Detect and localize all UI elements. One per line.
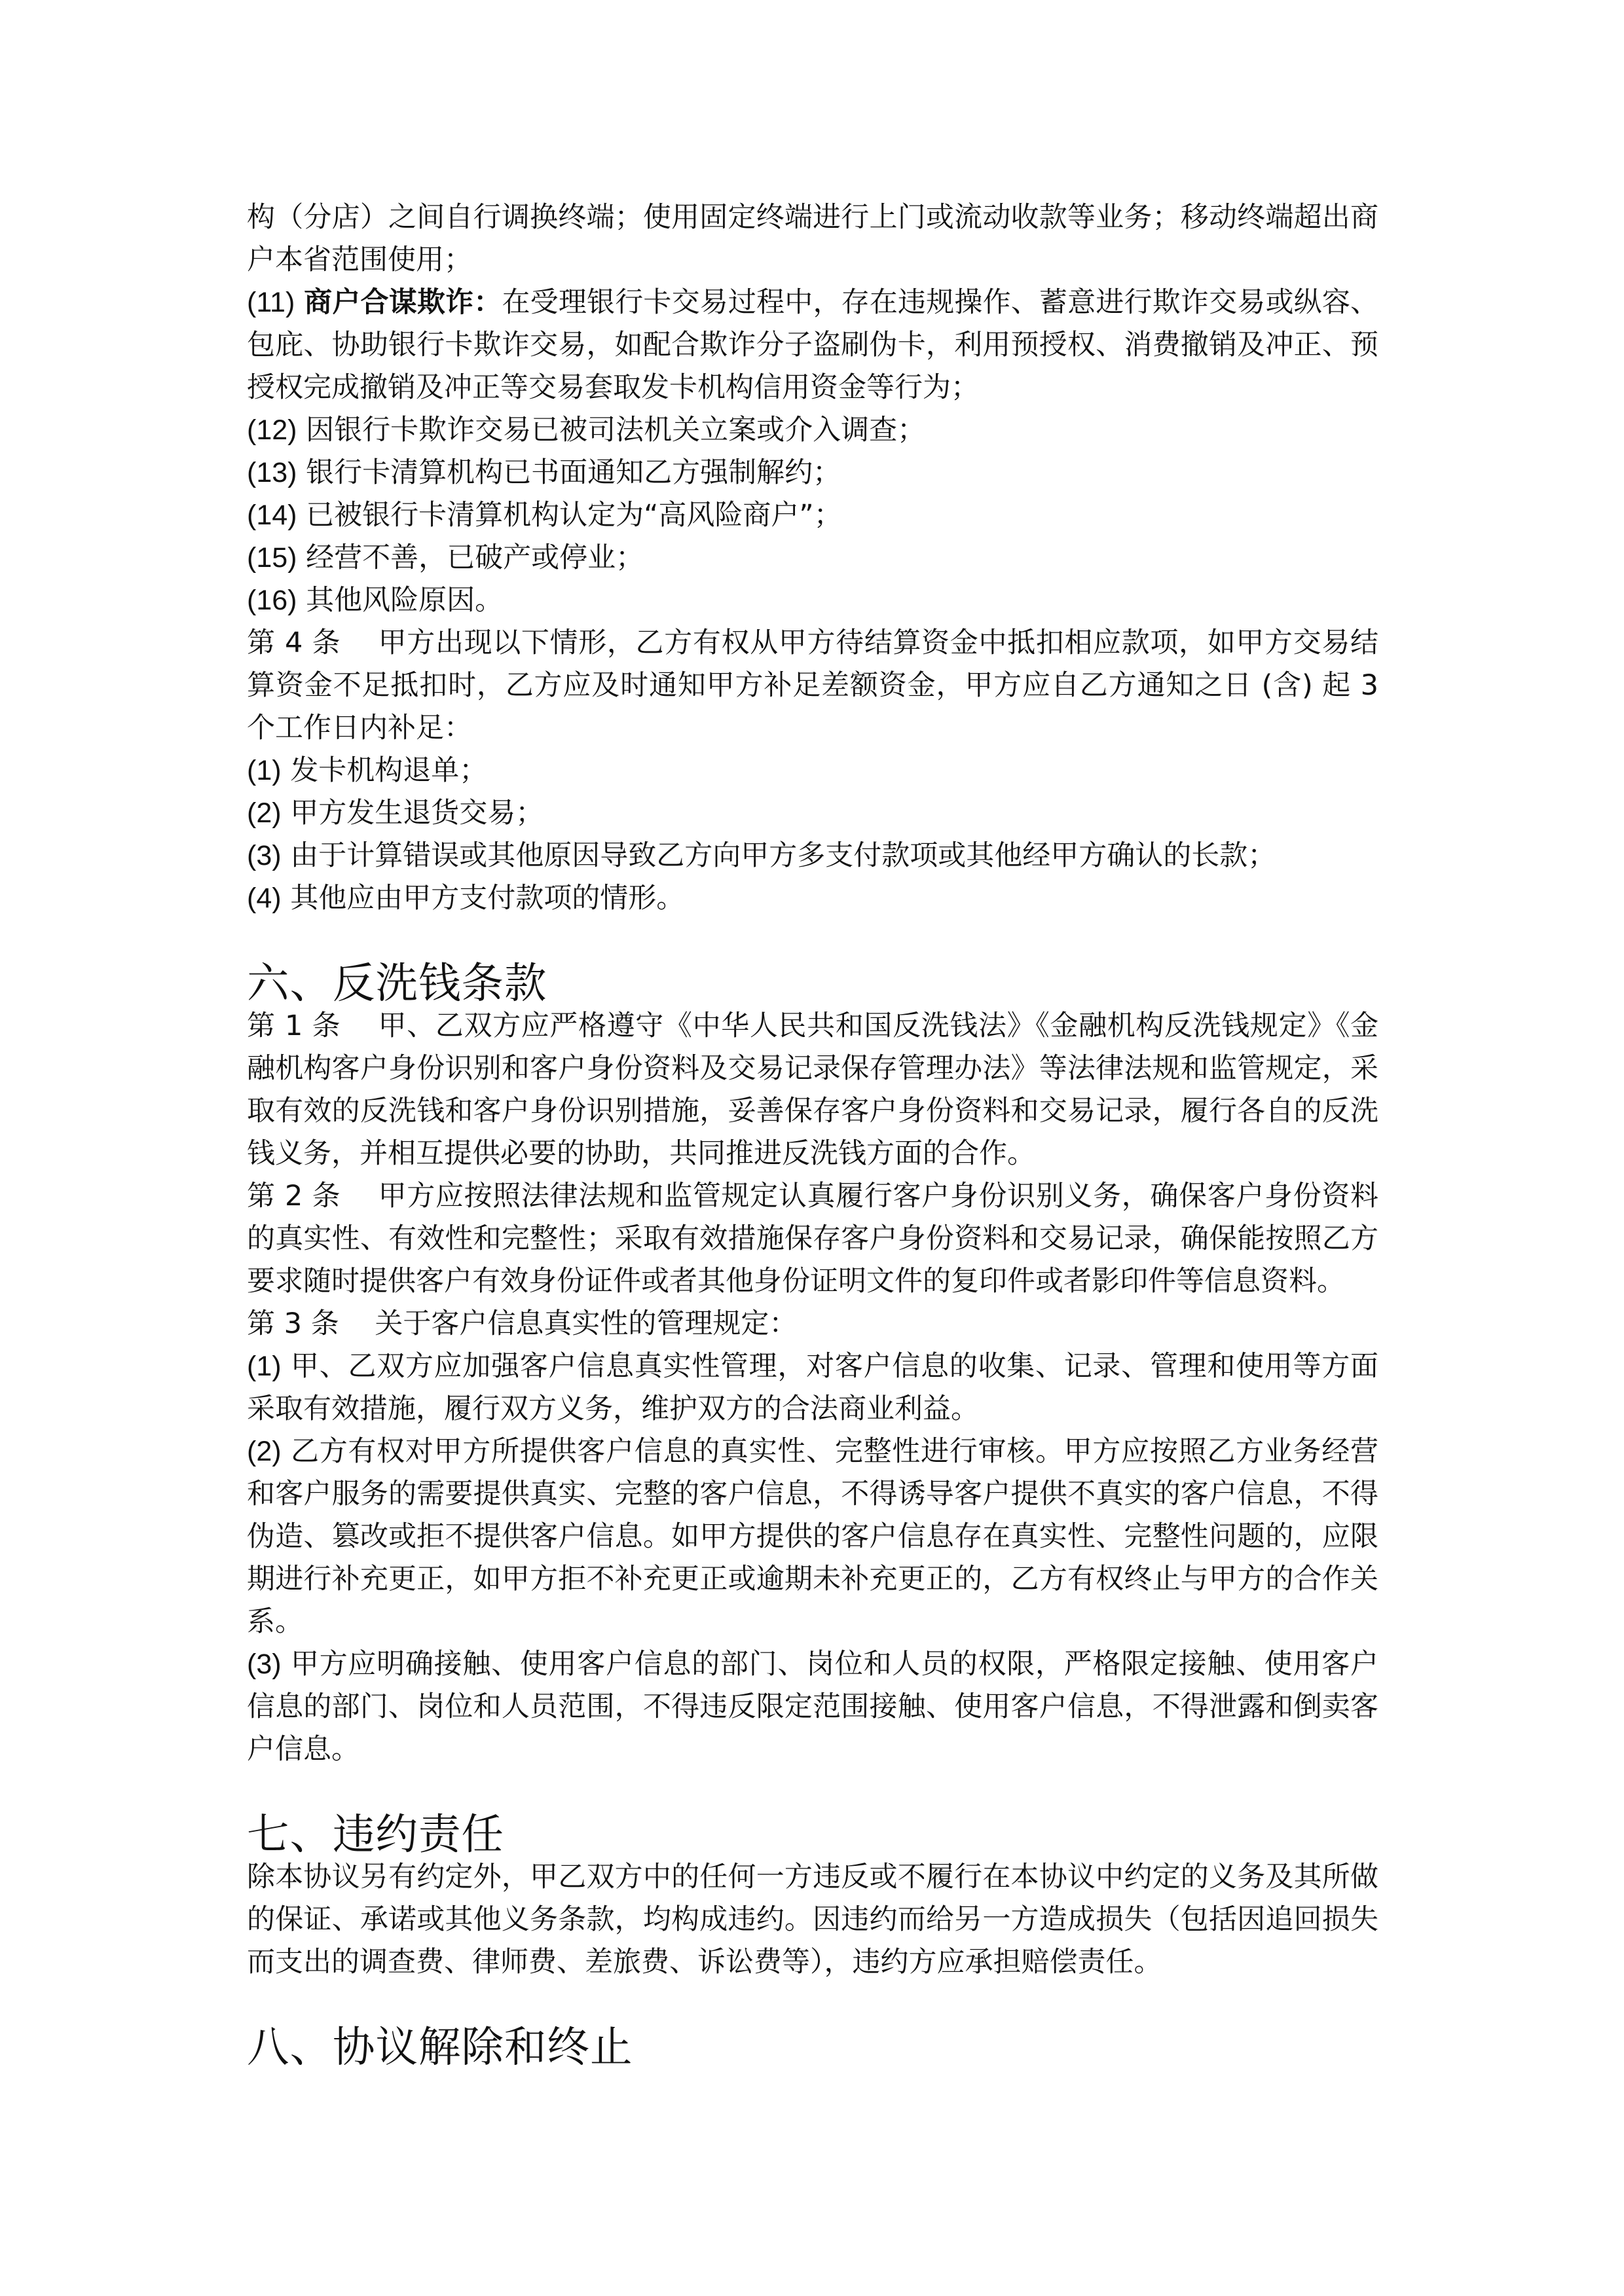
- continuation-paragraph: 构（分店）之间自行调换终端；使用固定终端进行上门或流动收款等业务；移动终端超出商…: [247, 196, 1378, 282]
- section-6-article-3-item-3: (3) 甲方应明确接触、使用客户信息的部门、岗位和人员的权限，严格限定接触、使用…: [247, 1643, 1378, 1771]
- article-label: 第 1 条: [247, 1010, 341, 1042]
- section-6-article-3: 第 3 条 关于客户信息真实性的管理规定：: [247, 1303, 1378, 1345]
- item-text: 由于计算错误或其他原因导致乙方向甲方多支付款项或其他经甲方确认的长款；: [290, 839, 1276, 872]
- document-page: 构（分店）之间自行调换终端；使用固定终端进行上门或流动收款等业务；移动终端超出商…: [247, 196, 1378, 2069]
- section-7-heading: 七、违约责任: [247, 1813, 1378, 1856]
- article-4-item-4: (4) 其他应由甲方支付款项的情形。: [247, 877, 1378, 920]
- item-number: (1): [247, 755, 282, 786]
- item-text: 其他风险原因。: [306, 584, 503, 617]
- risk-item-16: (16) 其他风险原因。: [247, 579, 1378, 622]
- risk-item-13: (13) 银行卡清算机构已书面通知乙方强制解约；: [247, 452, 1378, 494]
- section-6-article-2: 第 2 条 甲方应按照法律法规和监管规定认真履行客户身份识别义务，确保客户身份资…: [247, 1175, 1378, 1303]
- article-text: 甲方应按照法律法规和监管规定认真履行客户身份识别义务，确保客户身份资料的真实性、…: [247, 1180, 1378, 1298]
- risk-item-12: (12) 因银行卡欺诈交易已被司法机关立案或介入调查；: [247, 409, 1378, 452]
- article-text: 关于客户信息真实性的管理规定：: [375, 1307, 797, 1340]
- section-7-text: 除本协议另有约定外，甲乙双方中的任何一方违反或不履行在本协议中约定的义务及其所做…: [247, 1861, 1378, 1978]
- item-text: 甲方应明确接触、使用客户信息的部门、岗位和人员的权限，严格限定接触、使用客户信息…: [247, 1648, 1378, 1766]
- item-number: (4): [247, 883, 282, 914]
- article-label: 第 4 条: [247, 627, 341, 659]
- article-4-item-2: (2) 甲方发生退货交易；: [247, 792, 1378, 835]
- section-6-article-3-item-2: (2) 乙方有权对甲方所提供客户信息的真实性、完整性进行审核。甲方应按照乙方业务…: [247, 1430, 1378, 1643]
- article-4-item-3: (3) 由于计算错误或其他原因导致乙方向甲方多支付款项或其他经甲方确认的长款；: [247, 835, 1378, 877]
- item-number: (2): [247, 1436, 282, 1467]
- section-6-heading: 六、反洗钱条款: [247, 962, 1378, 1005]
- item-text: 其他应由甲方支付款项的情形。: [290, 882, 684, 915]
- article-label: 第 2 条: [247, 1180, 341, 1212]
- article-text: 甲、乙双方应严格遵守《中华人民共和国反洗钱法》《金融机构反洗钱规定》《金融机构客…: [247, 1010, 1378, 1170]
- item-text: 已被银行卡清算机构认定为“高风险商户”；: [306, 499, 842, 532]
- blank-line: [247, 1771, 1378, 1813]
- item-text: 发卡机构退单；: [290, 754, 487, 787]
- item-number: (3): [247, 840, 282, 871]
- item-text: 银行卡清算机构已书面通知乙方强制解约；: [306, 456, 841, 489]
- item-text: 乙方有权对甲方所提供客户信息的真实性、完整性进行审核。甲方应按照乙方业务经营和客…: [247, 1435, 1378, 1638]
- item-number: (2): [247, 797, 282, 829]
- item-number: (13): [247, 457, 297, 488]
- risk-item-15: (15) 经营不善，已破产或停业；: [247, 537, 1378, 579]
- item-number: (1): [247, 1351, 282, 1382]
- item-number: (15): [247, 542, 297, 574]
- section-6-article-1: 第 1 条 甲、乙双方应严格遵守《中华人民共和国反洗钱法》《金融机构反洗钱规定》…: [247, 1005, 1378, 1175]
- article-4: 第 4 条 甲方出现以下情形，乙方有权从甲方待结算资金中抵扣相应款项，如甲方交易…: [247, 622, 1378, 750]
- item-number: (14): [247, 500, 297, 531]
- section-6-article-3-item-1: (1) 甲、乙双方应加强客户信息真实性管理，对客户信息的收集、记录、管理和使用等…: [247, 1345, 1378, 1430]
- risk-item-14: (14) 已被银行卡清算机构认定为“高风险商户”；: [247, 494, 1378, 537]
- blank-line: [247, 920, 1378, 962]
- item-text: 甲方发生退货交易；: [290, 797, 544, 829]
- continuation-text: 构（分店）之间自行调换终端；使用固定终端进行上门或流动收款等业务；移动终端超出商…: [247, 201, 1378, 276]
- item-number: (12): [247, 414, 297, 446]
- item-text: 甲、乙双方应加强客户信息真实性管理，对客户信息的收集、记录、管理和使用等方面采取…: [247, 1350, 1378, 1425]
- item-bold-label: 商户合谋欺诈：: [304, 286, 502, 319]
- article-text: 甲方出现以下情形，乙方有权从甲方待结算资金中抵扣相应款项，如甲方交易结算资金不足…: [247, 627, 1378, 744]
- article-label: 第 3 条: [247, 1307, 339, 1340]
- article-4-item-1: (1) 发卡机构退单；: [247, 750, 1378, 792]
- item-number: (11): [247, 287, 295, 318]
- item-text: 经营不善，已破产或停业；: [306, 541, 644, 574]
- section-7-paragraph: 除本协议另有约定外，甲乙双方中的任何一方违反或不履行在本协议中约定的义务及其所做…: [247, 1856, 1378, 1984]
- item-number: (3): [247, 1649, 282, 1680]
- item-text: 因银行卡欺诈交易已被司法机关立案或介入调查；: [306, 414, 925, 446]
- risk-item-11: (11) 商户合谋欺诈：在受理银行卡交易过程中，存在违规操作、蓄意进行欺诈交易或…: [247, 282, 1378, 409]
- section-8-heading: 八、协议解除和终止: [247, 2026, 1378, 2069]
- item-number: (16): [247, 585, 297, 616]
- blank-line: [247, 1984, 1378, 2026]
